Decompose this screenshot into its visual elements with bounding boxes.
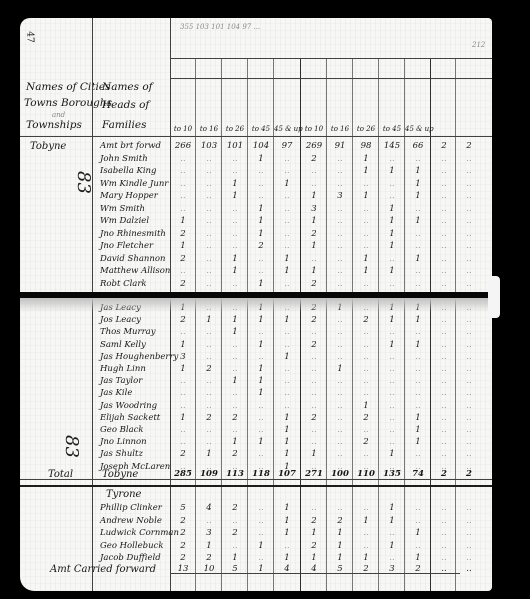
tally-cell: 1 — [274, 180, 300, 189]
tally-cell: .. — [405, 389, 431, 398]
tally-cell: .. — [353, 377, 379, 386]
tally-cell: 2 — [431, 142, 457, 151]
tally-cell: .. — [274, 377, 300, 386]
tally-cell: .. — [170, 328, 196, 337]
tally-cell: 1 — [170, 217, 196, 226]
tally-cell: .. — [327, 155, 353, 164]
tally-cell: .. — [196, 402, 222, 411]
tally-cell: 1 — [327, 365, 353, 374]
tally-cell: .. — [196, 389, 222, 398]
head-of-family-name: Thos Murray — [100, 328, 156, 337]
tally-cell: 1 — [405, 529, 431, 538]
tally-cell: 1 — [301, 242, 327, 251]
tally-cell: .. — [431, 242, 457, 251]
tally-cell: .. — [431, 438, 457, 447]
tally-cell: 1 — [353, 192, 379, 201]
tally-cell: .. — [456, 217, 482, 226]
tally-cell: 1 — [248, 280, 274, 289]
tally-cell: .. — [327, 389, 353, 398]
tally-cell: .. — [196, 255, 222, 264]
tally-cell: .. — [456, 167, 482, 176]
tally-cell: 4 — [196, 504, 222, 513]
tally-cell: .. — [353, 450, 379, 459]
tally-cell: .. — [274, 230, 300, 239]
carried-forward-cell: 4 — [301, 565, 327, 574]
tally-cell: 1 — [274, 267, 300, 276]
tally-cell: .. — [222, 217, 248, 226]
tally-cell: .. — [379, 529, 405, 538]
tally-cell: .. — [196, 267, 222, 276]
tally-cell: .. — [405, 542, 431, 551]
total-cell: 271 — [301, 470, 327, 479]
tally-cell: 1 — [379, 450, 405, 459]
head-of-family-name: Matthew Allison — [100, 267, 170, 276]
tally-cell: .. — [456, 426, 482, 435]
tally-cell: 1 — [327, 554, 353, 563]
tally-cell: 1 — [248, 316, 274, 325]
tally-cell: .. — [431, 155, 457, 164]
head-of-family-name: John Smith — [100, 155, 148, 164]
tally-cell: 5 — [170, 504, 196, 513]
tally-cell: .. — [431, 316, 457, 325]
tally-cell: .. — [301, 402, 327, 411]
carried-forward-cell: 2 — [405, 565, 431, 574]
tally-cell: .. — [222, 517, 248, 526]
tally-cell: .. — [248, 167, 274, 176]
tally-cell: 104 — [248, 142, 274, 151]
tally-cell: 1 — [379, 504, 405, 513]
tally-cell: .. — [405, 155, 431, 164]
tally-cell: 1 — [405, 316, 431, 325]
tally-cell: .. — [301, 426, 327, 435]
tally-cell: .. — [353, 328, 379, 337]
fold-shadow — [20, 298, 492, 312]
binding-tab — [488, 276, 500, 318]
tally-cell: .. — [248, 255, 274, 264]
row-rule — [170, 58, 492, 59]
tally-cell: 1 — [353, 155, 379, 164]
tally-cell: .. — [405, 230, 431, 239]
tally-cell: .. — [456, 450, 482, 459]
tally-cell: .. — [327, 316, 353, 325]
tally-cell: .. — [248, 504, 274, 513]
row-rule — [20, 479, 492, 480]
tally-cell: .. — [431, 328, 457, 337]
tally-cell: .. — [196, 230, 222, 239]
tally-cell: .. — [274, 328, 300, 337]
head-of-family-name: Isabella King — [100, 167, 156, 176]
head-of-family-name: Amt brt forwd — [100, 142, 161, 151]
tally-cell: .. — [222, 230, 248, 239]
tally-cell: .. — [170, 205, 196, 214]
tally-cell: .. — [456, 180, 482, 189]
carried-forward-label: Amt Carried forward — [50, 565, 156, 575]
tally-cell: .. — [456, 155, 482, 164]
tally-cell: .. — [431, 389, 457, 398]
tally-cell: 1 — [222, 255, 248, 264]
tally-cell: .. — [196, 242, 222, 251]
tally-cell: 2 — [170, 255, 196, 264]
tally-cell: .. — [222, 167, 248, 176]
tally-cell: .. — [456, 280, 482, 289]
tally-cell: 1 — [405, 438, 431, 447]
tally-cell: .. — [405, 242, 431, 251]
tally-cell: .. — [222, 353, 248, 362]
total-cell: 113 — [222, 470, 248, 479]
tally-cell: .. — [274, 402, 300, 411]
tally-cell: .. — [248, 450, 274, 459]
tally-cell: .. — [431, 504, 457, 513]
tally-cell: 1 — [405, 192, 431, 201]
tally-cell: 2 — [170, 450, 196, 459]
tally-cell: 98 — [353, 142, 379, 151]
tally-cell: .. — [353, 205, 379, 214]
row-rule — [170, 78, 492, 79]
tally-cell: .. — [431, 167, 457, 176]
tally-cell: .. — [431, 426, 457, 435]
tally-cell: .. — [456, 242, 482, 251]
tally-cell: 1 — [353, 554, 379, 563]
tally-cell: .. — [379, 353, 405, 362]
tally-cell: 1 — [248, 389, 274, 398]
tally-cell: 2 — [301, 230, 327, 239]
tally-cell: .. — [431, 517, 457, 526]
tally-cell: .. — [379, 255, 405, 264]
tally-cell: .. — [431, 341, 457, 350]
tally-cell: 91 — [327, 142, 353, 151]
tally-cell: 1 — [379, 230, 405, 239]
tally-cell: .. — [222, 389, 248, 398]
tally-cell: 1 — [405, 255, 431, 264]
head-of-family-name: Mary Hopper — [100, 192, 158, 201]
tally-cell: .. — [405, 280, 431, 289]
tally-cell: .. — [456, 365, 482, 374]
tally-cell: 1 — [274, 504, 300, 513]
tally-cell: 1 — [248, 438, 274, 447]
tally-cell: 2 — [222, 529, 248, 538]
tally-cell: .. — [456, 389, 482, 398]
tally-cell: .. — [431, 280, 457, 289]
tally-cell: .. — [327, 267, 353, 276]
tally-cell: .. — [274, 192, 300, 201]
tally-cell: .. — [456, 341, 482, 350]
carried-forward-cell: .. — [456, 565, 482, 574]
tally-cell: .. — [196, 205, 222, 214]
carried-forward-cell: .. — [431, 565, 457, 574]
tally-cell: .. — [456, 402, 482, 411]
tally-cell: .. — [353, 353, 379, 362]
age-column-header: to 16 — [327, 126, 353, 133]
tally-cell: 1 — [405, 426, 431, 435]
head-of-family-name: Robt Clark — [100, 280, 147, 289]
tally-cell: .. — [222, 341, 248, 350]
tally-cell: 1 — [248, 217, 274, 226]
tally-cell: 1 — [274, 529, 300, 538]
tally-cell: .. — [301, 438, 327, 447]
tally-cell: .. — [431, 529, 457, 538]
tally-cell: .. — [456, 255, 482, 264]
tally-cell: .. — [170, 192, 196, 201]
tally-cell: 1 — [274, 414, 300, 423]
tally-cell: .. — [456, 205, 482, 214]
tally-cell: .. — [327, 230, 353, 239]
tally-cell: .. — [327, 280, 353, 289]
tally-cell: .. — [170, 267, 196, 276]
tally-cell: 1 — [248, 155, 274, 164]
tally-cell: .. — [353, 341, 379, 350]
margin-mark-lower: 83 — [61, 435, 82, 458]
tally-cell: .. — [248, 517, 274, 526]
tally-cell: .. — [456, 542, 482, 551]
tally-cell: .. — [196, 438, 222, 447]
tally-cell: .. — [405, 504, 431, 513]
tally-cell: 2 — [170, 230, 196, 239]
tally-cell: .. — [170, 438, 196, 447]
head-of-family-name: Jas Houghenberry — [100, 353, 178, 362]
tally-cell: 2 — [248, 242, 274, 251]
tally-cell: 269 — [301, 142, 327, 151]
tally-cell: 1 — [196, 450, 222, 459]
tally-cell: .. — [379, 192, 405, 201]
tally-cell: .. — [353, 365, 379, 374]
tally-cell: 1 — [222, 328, 248, 337]
tally-cell: 1 — [222, 438, 248, 447]
tally-cell: 1 — [274, 316, 300, 325]
tally-cell: .. — [327, 402, 353, 411]
tally-cell: 2 — [353, 438, 379, 447]
tally-cell: .. — [456, 529, 482, 538]
total-place: Tobyne — [102, 470, 138, 480]
total-cell: 2 — [431, 470, 457, 479]
tally-cell: 1 — [327, 542, 353, 551]
head-of-family-name: Geo Hollebuck — [100, 542, 163, 551]
tally-cell: .. — [327, 377, 353, 386]
tally-cell: 2 — [196, 554, 222, 563]
tally-cell: .. — [222, 155, 248, 164]
tally-cell: 2 — [301, 517, 327, 526]
tally-cell: .. — [301, 167, 327, 176]
tally-cell: .. — [248, 267, 274, 276]
tally-cell: .. — [196, 353, 222, 362]
tally-cell: 1 — [379, 267, 405, 276]
tally-cell: 2 — [170, 542, 196, 551]
tally-cell: 1 — [353, 267, 379, 276]
tally-cell: .. — [327, 217, 353, 226]
tally-cell: .. — [196, 192, 222, 201]
tally-cell: .. — [327, 205, 353, 214]
tally-cell: .. — [170, 155, 196, 164]
tally-cell: .. — [248, 328, 274, 337]
tally-cell: 1 — [301, 529, 327, 538]
tally-cell: .. — [222, 402, 248, 411]
head-of-family-name: Wm Dalziel — [100, 217, 149, 226]
tally-cell: 1 — [379, 205, 405, 214]
tally-cell: 2 — [301, 280, 327, 289]
tally-cell: .. — [456, 230, 482, 239]
tally-cell: 1 — [405, 180, 431, 189]
tally-cell: .. — [431, 230, 457, 239]
tally-cell: .. — [327, 504, 353, 513]
tally-cell: .. — [248, 402, 274, 411]
tally-cell: .. — [456, 517, 482, 526]
tally-cell: 1 — [248, 377, 274, 386]
tally-cell: .. — [379, 414, 405, 423]
tally-cell: .. — [405, 450, 431, 459]
tally-cell: .. — [353, 280, 379, 289]
head-of-family-name: Jno Linnon — [100, 438, 147, 447]
tally-cell: 1 — [301, 192, 327, 201]
head-of-family-name: Jas Shultz — [100, 450, 143, 459]
tally-cell: .. — [274, 155, 300, 164]
tally-cell: .. — [379, 389, 405, 398]
tally-cell: .. — [379, 554, 405, 563]
tally-cell: .. — [274, 365, 300, 374]
tally-cell: .. — [274, 167, 300, 176]
carried-forward-cell: 5 — [327, 565, 353, 574]
tally-cell: .. — [405, 267, 431, 276]
tally-cell: .. — [405, 205, 431, 214]
head-of-family-name: Wm Smith — [100, 205, 145, 214]
tally-cell: .. — [353, 504, 379, 513]
tally-cell: 2 — [327, 517, 353, 526]
head-of-family-name: Elijah Sackett — [100, 414, 160, 423]
tally-cell: 1 — [222, 192, 248, 201]
tally-cell: .. — [456, 267, 482, 276]
tally-cell: .. — [353, 242, 379, 251]
age-column-header: 45 & up — [405, 126, 431, 133]
tally-cell: 1 — [222, 316, 248, 325]
tally-cell: 145 — [379, 142, 405, 151]
carried-forward-cell: 3 — [379, 565, 405, 574]
tally-cell: .. — [327, 242, 353, 251]
tally-cell: .. — [327, 328, 353, 337]
tally-cell: .. — [248, 353, 274, 362]
tally-cell: .. — [379, 438, 405, 447]
tally-cell: .. — [431, 554, 457, 563]
tally-cell: 1 — [170, 365, 196, 374]
tally-cell: .. — [274, 242, 300, 251]
tally-cell: .. — [248, 426, 274, 435]
head-of-family-name: Saml Kelly — [100, 341, 146, 350]
tally-cell: .. — [456, 192, 482, 201]
top-tally: 355 103 101 104 97 ... — [180, 24, 260, 31]
row-rule — [20, 136, 492, 137]
tally-cell: .. — [170, 389, 196, 398]
tally-cell: .. — [431, 414, 457, 423]
carried-forward-cell: 10 — [196, 565, 222, 574]
tally-cell: 2 — [301, 316, 327, 325]
head-of-family-name: Jno Rhinesmith — [100, 230, 166, 239]
tally-cell: .. — [196, 328, 222, 337]
tally-cell: .. — [456, 316, 482, 325]
tally-cell: 1 — [353, 517, 379, 526]
tally-cell: .. — [353, 542, 379, 551]
age-column-header: 45 & up — [274, 126, 300, 133]
tally-cell: 266 — [170, 142, 196, 151]
tally-cell: .. — [274, 280, 300, 289]
tally-cell: 1 — [301, 267, 327, 276]
tally-cell: .. — [456, 353, 482, 362]
tally-cell: .. — [405, 402, 431, 411]
tally-cell: .. — [248, 180, 274, 189]
tally-cell: 1 — [379, 167, 405, 176]
carried-forward-cell: 2 — [353, 565, 379, 574]
tally-cell: .. — [327, 450, 353, 459]
head-of-family-name: Jacob Duffield — [100, 554, 161, 563]
tally-cell: .. — [196, 155, 222, 164]
tally-cell: .. — [353, 180, 379, 189]
head-of-family-name: Jos Leacy — [100, 316, 141, 325]
tally-cell: .. — [431, 542, 457, 551]
tally-cell: .. — [405, 377, 431, 386]
total-label: Total — [48, 470, 73, 480]
carried-forward-cell: 13 — [170, 565, 196, 574]
carried-forward-cell: 5 — [222, 565, 248, 574]
tally-cell: .. — [196, 377, 222, 386]
tally-cell: .. — [196, 217, 222, 226]
tally-cell: .. — [274, 341, 300, 350]
tally-cell: .. — [327, 341, 353, 350]
tally-cell: .. — [248, 414, 274, 423]
row-rule — [20, 485, 492, 487]
head-of-family-name: Jas Taylor — [100, 377, 142, 386]
tally-cell: 1 — [170, 414, 196, 423]
tally-cell: .. — [431, 377, 457, 386]
tally-cell: .. — [301, 377, 327, 386]
age-column-header: to 26 — [222, 126, 248, 133]
tally-cell: .. — [379, 377, 405, 386]
tally-cell: 2 — [301, 414, 327, 423]
tally-cell: .. — [405, 517, 431, 526]
tally-cell: .. — [379, 328, 405, 337]
tally-cell: .. — [301, 389, 327, 398]
tally-cell: .. — [196, 167, 222, 176]
age-column-header: to 10 — [301, 126, 327, 133]
tally-cell: 1 — [274, 517, 300, 526]
tally-cell: .. — [327, 426, 353, 435]
page-number: 47 — [25, 31, 35, 42]
tally-cell: 1 — [196, 542, 222, 551]
tally-cell: 2 — [196, 365, 222, 374]
tally-cell: .. — [431, 365, 457, 374]
tally-cell: .. — [196, 280, 222, 289]
tally-cell: 1 — [170, 242, 196, 251]
tally-cell: 1 — [222, 554, 248, 563]
tally-cell: 1 — [379, 517, 405, 526]
tally-cell: .. — [170, 402, 196, 411]
tally-cell: 2 — [222, 450, 248, 459]
tally-cell: 103 — [196, 142, 222, 151]
total-cell: 107 — [274, 470, 300, 479]
tally-cell: 1 — [405, 341, 431, 350]
tally-cell: .. — [405, 328, 431, 337]
tally-cell: 3 — [170, 353, 196, 362]
tally-cell: .. — [222, 280, 248, 289]
total-cell: 110 — [353, 470, 379, 479]
tally-cell: .. — [456, 328, 482, 337]
total-cell: 285 — [170, 470, 196, 479]
tally-cell: 97 — [274, 142, 300, 151]
head-of-family-name: Jas Kile — [100, 389, 132, 398]
tally-cell: .. — [431, 192, 457, 201]
tally-cell: 2 — [222, 504, 248, 513]
tally-cell: .. — [170, 377, 196, 386]
total-cell: 118 — [248, 470, 274, 479]
tally-cell: 1 — [301, 450, 327, 459]
tally-cell: .. — [431, 267, 457, 276]
tally-cell: .. — [327, 180, 353, 189]
tally-cell: .. — [196, 180, 222, 189]
